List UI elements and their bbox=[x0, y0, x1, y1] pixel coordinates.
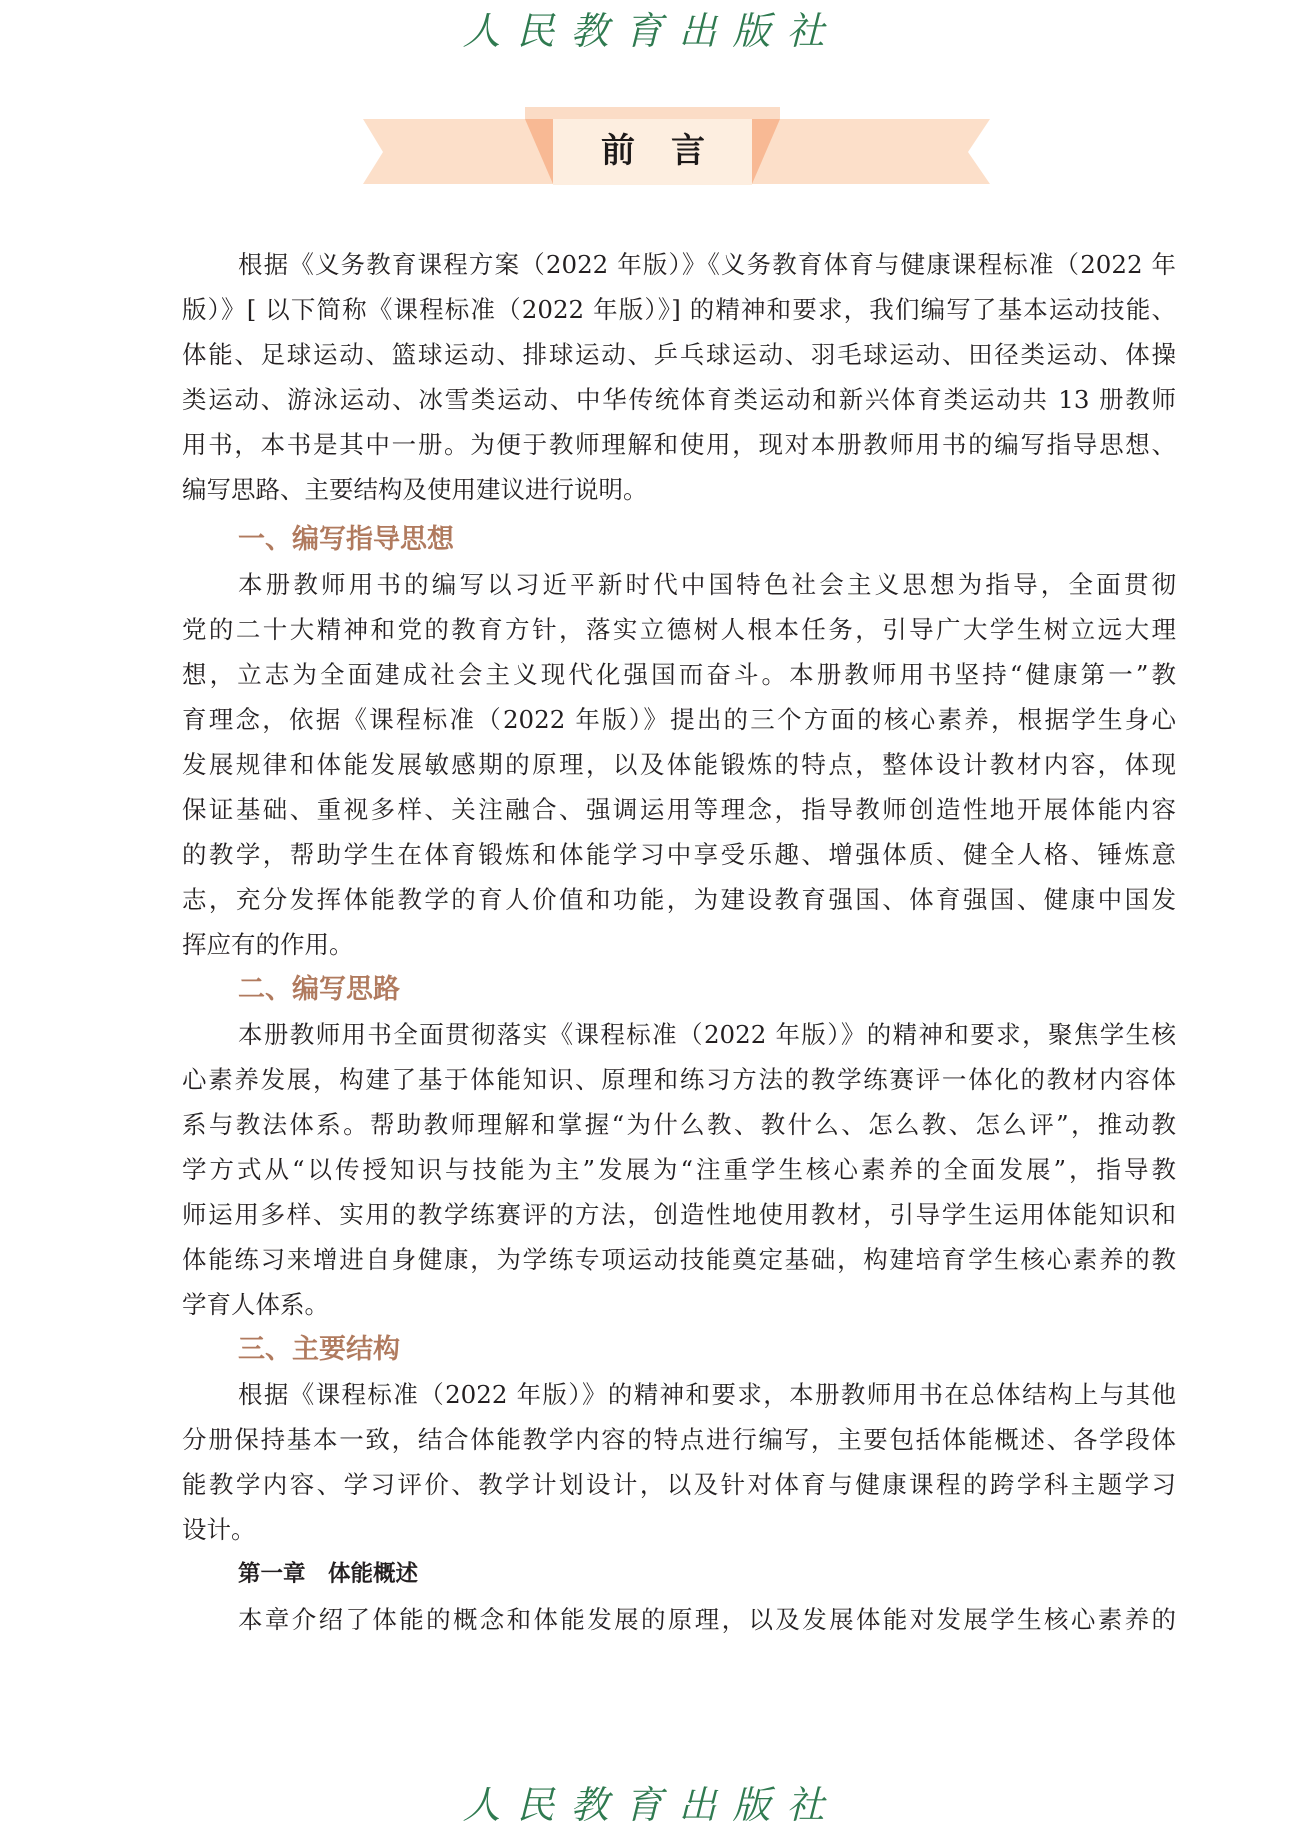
chapter-heading: 第一章 体能概述 bbox=[238, 1552, 418, 1597]
intro-line: 版）》[ 以下简称《课程标准（2022 年版）》] 的精神和要求，我们编写了基本… bbox=[182, 287, 1176, 332]
section-2-line: 学育人体系。 bbox=[182, 1282, 1176, 1327]
ribbon-left-tail bbox=[363, 119, 553, 184]
section-1-line: 党的二十大精神和党的教育方针，落实立德树人根本任务，引导广大学生树立远大理 bbox=[182, 607, 1176, 652]
section-3-line: 设计。 bbox=[182, 1507, 1176, 1552]
section-3-line: 分册保持基本一致，结合体能教学内容的特点进行编写，主要包括体能概述、各学段体 bbox=[182, 1417, 1176, 1462]
section-1-line: 本册教师用书的编写以习近平新时代中国特色社会主义思想为指导，全面贯彻 bbox=[238, 562, 1176, 607]
intro-line: 体能、足球运动、篮球运动、排球运动、乒乓球运动、羽毛球运动、田径类运动、体操 bbox=[182, 332, 1176, 377]
page-title: 前言 bbox=[553, 126, 753, 176]
ribbon-top-strip bbox=[525, 107, 780, 119]
section-1-line: 的教学，帮助学生在体育锻炼和体能学习中享受乐趣、增强体质、健全人格、锤炼意 bbox=[182, 832, 1176, 877]
intro-line: 编写思路、主要结构及使用建议进行说明。 bbox=[182, 467, 1176, 512]
section-1-line: 志，充分发挥体能教学的育人价值和功能，为建设教育强国、体育强国、健康中国发 bbox=[182, 877, 1176, 922]
section-heading-writing-approach: 二、编写思路 bbox=[238, 967, 400, 1012]
ribbon-right-tail bbox=[752, 119, 990, 184]
section-1-line: 发展规律和体能发展敏感期的原理，以及体能锻炼的特点，整体设计教材内容，体现 bbox=[182, 742, 1176, 787]
section-3-line: 根据《课程标准（2022 年版）》的精神和要求，本册教师用书在总体结构上与其他 bbox=[238, 1372, 1176, 1417]
section-2-line: 本册教师用书全面贯彻落实《课程标准（2022 年版）》的精神和要求，聚焦学生核 bbox=[238, 1012, 1176, 1057]
section-3-line: 能教学内容、学习评价、教学计划设计，以及针对体育与健康课程的跨学科主题学习 bbox=[182, 1462, 1176, 1507]
publisher-logo-bottom: 人民教育出版社 bbox=[0, 1780, 1303, 1830]
section-heading-main-structure: 三、主要结构 bbox=[238, 1327, 400, 1372]
section-1-line: 育理念，依据《课程标准（2022 年版）》提出的三个方面的核心素养，根据学生身心 bbox=[182, 697, 1176, 742]
intro-line: 类运动、游泳运动、冰雪类运动、中华传统体育类运动和新兴体育类运动共 13 册教师 bbox=[182, 377, 1176, 422]
section-2-line: 学方式从“以传授知识与技能为主”发展为“注重学生核心素养的全面发展”，指导教 bbox=[182, 1147, 1176, 1192]
section-1-line: 想，立志为全面建成社会主义现代化强国而奋斗。本册教师用书坚持“健康第一”教 bbox=[182, 652, 1176, 697]
section-2-line: 体能练习来增进自身健康，为学练专项运动技能奠定基础，构建培育学生核心素养的教 bbox=[182, 1237, 1176, 1282]
section-2-line: 师运用多样、实用的教学练赛评的方法，创造性地使用教材，引导学生运用体能知识和 bbox=[182, 1192, 1176, 1237]
section-2-line: 系与教法体系。帮助教师理解和掌握“为什么教、教什么、怎么教、怎么评”，推动教 bbox=[182, 1102, 1176, 1147]
intro-line: 根据《义务教育课程方案（2022 年版）》《义务教育体育与健康课程标准（2022… bbox=[238, 242, 1176, 287]
section-1-line: 挥应有的作用。 bbox=[182, 922, 1176, 967]
section-2-line: 心素养发展，构建了基于体能知识、原理和练习方法的教学练赛评一体化的教材内容体 bbox=[182, 1057, 1176, 1102]
section-heading-guiding-thought: 一、编写指导思想 bbox=[238, 517, 454, 562]
section-1-line: 保证基础、重视多样、关注融合、强调运用等理念，指导教师创造性地开展体能内容 bbox=[182, 787, 1176, 832]
chapter-1-line: 本章介绍了体能的概念和体能发展的原理，以及发展体能对发展学生核心素养的 bbox=[238, 1597, 1176, 1642]
intro-line: 用书，本书是其中一册。为便于教师理解和使用，现对本册教师用书的编写指导思想、 bbox=[182, 422, 1176, 467]
